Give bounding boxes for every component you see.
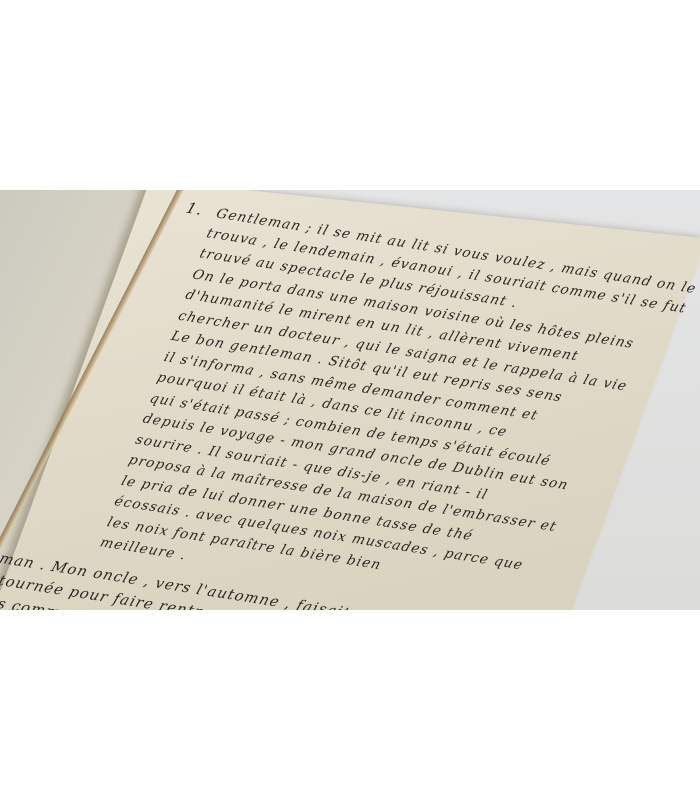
manuscript-photo: 1.Gentleman ; il se mit au lit si vous v… (0, 190, 700, 610)
